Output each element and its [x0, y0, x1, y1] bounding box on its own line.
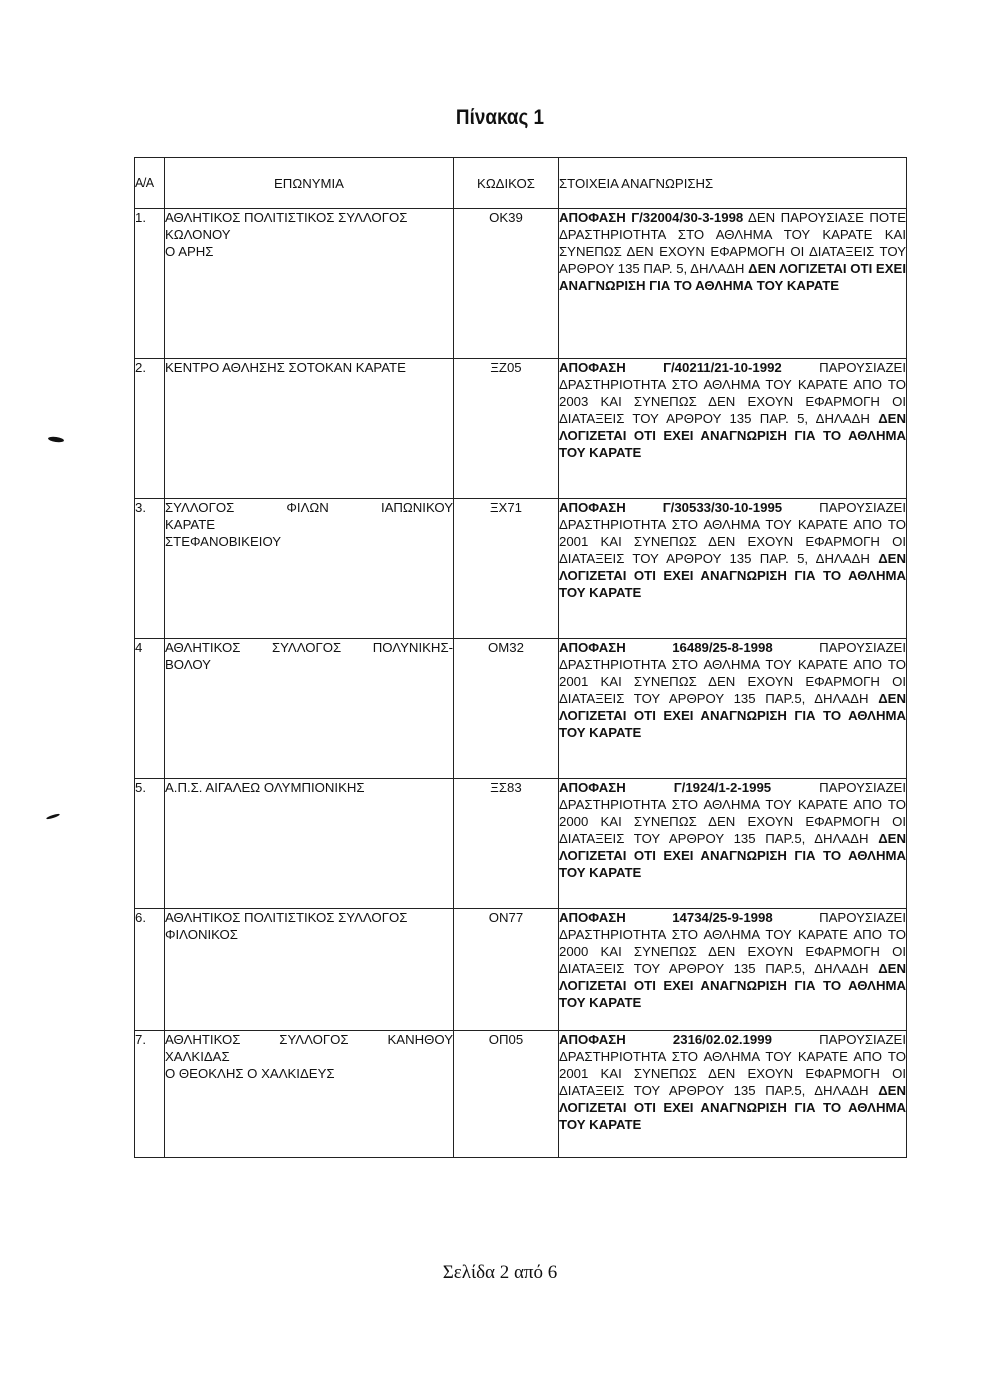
registry-table: Α/Α ΕΠΩΝΥΜΙΑ ΚΩΔΙΚΟΣ ΣΤΟΙΧΕΙΑ ΑΝΑΓΝΩΡΙΣΗ… [134, 157, 907, 1158]
row-number: 4 [135, 639, 165, 779]
recognition-details: ΑΠΟΦΑΣΗ 14734/25-9-1998 ΠΑΡΟΥΣΙΑΖΕΙ ΔΡΑΣ… [559, 909, 907, 1031]
table-row: 6.ΑΘΛΗΤΙΚΟΣ ΠΟΛΙΤΙΣΤΙΚΟΣ ΣΥΛΛΟΓΟΣΦΙΛΟΝΙΚ… [135, 909, 907, 1031]
scan-artifact [48, 436, 65, 443]
organization-name-line: Α.Π.Σ. ΑΙΓΑΛΕΩ ΟΛΥΜΠΙΟΝΙΚΗΣ [165, 779, 453, 796]
table-body: 1.ΑΘΛΗΤΙΚΟΣ ΠΟΛΙΤΙΣΤΙΚΟΣ ΣΥΛΛΟΓΟΣΚΩΛΟΝΟΥ… [135, 209, 907, 1158]
scan-artifact [46, 813, 60, 820]
decision-reference: ΑΠΟΦΑΣΗ Γ/30533/30-10-1995 [559, 500, 782, 515]
decision-reference: ΑΠΟΦΑΣΗ Γ/1924/1-2-1995 [559, 780, 771, 795]
organization-code: ΟΝ77 [454, 909, 559, 1031]
row-number: 5. [135, 779, 165, 909]
organization-name: ΑΘΛΗΤΙΚΟΣ ΣΥΛΛΟΓΟΣ ΠΟΛΥΝΙΚΗΣ-ΒΟΛΟΥ [165, 639, 454, 779]
page-number: Σελίδα 2 από 6 [0, 1262, 1000, 1284]
decision-reference: ΑΠΟΦΑΣΗ Γ/40211/21-10-1992 [559, 360, 782, 375]
organization-code: ΞΣ83 [454, 779, 559, 909]
organization-code: ΟΚ39 [454, 209, 559, 359]
recognition-details: ΑΠΟΦΑΣΗ Γ/30533/30-10-1995 ΠΑΡΟΥΣΙΑΖΕΙ Δ… [559, 499, 907, 639]
header-name: ΕΠΩΝΥΜΙΑ [165, 158, 454, 209]
table-row: 3.ΣΥΛΛΟΓΟΣ ΦΙΛΩΝ ΙΑΠΩΝΙΚΟΥΚΑΡΑΤΕΣΤΕΦΑΝΟΒ… [135, 499, 907, 639]
organization-name-line: Ο ΘΕΟΚΛΗΣ Ο ΧΑΛΚΙΔΕΥΣ [165, 1065, 453, 1082]
organization-name-line: ΑΘΛΗΤΙΚΟΣ ΠΟΛΙΤΙΣΤΙΚΟΣ ΣΥΛΛΟΓΟΣ [165, 909, 453, 926]
header-row: Α/Α ΕΠΩΝΥΜΙΑ ΚΩΔΙΚΟΣ ΣΤΟΙΧΕΙΑ ΑΝΑΓΝΩΡΙΣΗ… [135, 158, 907, 209]
organization-code: ΟΜ32 [454, 639, 559, 779]
decision-reference: ΑΠΟΦΑΣΗ 14734/25-9-1998 [559, 910, 773, 925]
organization-name: ΑΘΛΗΤΙΚΟΣ ΠΟΛΙΤΙΣΤΙΚΟΣ ΣΥΛΛΟΓΟΣΦΙΛΟΝΙΚΟΣ [165, 909, 454, 1031]
decision-reference: ΑΠΟΦΑΣΗ Γ/32004/30-3-1998 [559, 210, 743, 225]
row-number: 7. [135, 1031, 165, 1158]
recognition-details: ΑΠΟΦΑΣΗ Γ/1924/1-2-1995 ΠΑΡΟΥΣΙΑΖΕΙ ΔΡΑΣ… [559, 779, 907, 909]
row-number: 1. [135, 209, 165, 359]
organization-name-line: ΑΘΛΗΤΙΚΟΣ ΠΟΛΙΤΙΣΤΙΚΟΣ ΣΥΛΛΟΓΟΣ [165, 209, 453, 226]
organization-name-line: ΚΩΛΟΝΟΥ [165, 226, 453, 243]
row-number: 6. [135, 909, 165, 1031]
recognition-details: ΑΠΟΦΑΣΗ Γ/40211/21-10-1992 ΠΑΡΟΥΣΙΑΖΕΙ Δ… [559, 359, 907, 499]
row-number: 3. [135, 499, 165, 639]
header-code: ΚΩΔΙΚΟΣ [454, 158, 559, 209]
organization-name-line: ΦΙΛΟΝΙΚΟΣ [165, 926, 453, 943]
organization-code: ΟΠ05 [454, 1031, 559, 1158]
header-info: ΣΤΟΙΧΕΙΑ ΑΝΑΓΝΩΡΙΣΗΣ [559, 158, 907, 209]
table-row: 7.ΑΘΛΗΤΙΚΟΣ ΣΥΛΛΟΓΟΣ ΚΑΝΗΘΟΥΧΑΛΚΙΔΑΣΟ ΘΕ… [135, 1031, 907, 1158]
organization-name: ΑΘΛΗΤΙΚΟΣ ΠΟΛΙΤΙΣΤΙΚΟΣ ΣΥΛΛΟΓΟΣΚΩΛΟΝΟΥΟ … [165, 209, 454, 359]
organization-name-line: Ο ΑΡΗΣ [165, 243, 453, 260]
organization-name-line: ΑΘΛΗΤΙΚΟΣ ΣΥΛΛΟΓΟΣ ΠΟΛΥΝΙΚΗΣ- [165, 639, 453, 656]
recognition-details: ΑΠΟΦΑΣΗ 2316/02.02.1999 ΠΑΡΟΥΣΙΑΖΕΙ ΔΡΑΣ… [559, 1031, 907, 1158]
table-row: 1.ΑΘΛΗΤΙΚΟΣ ΠΟΛΙΤΙΣΤΙΚΟΣ ΣΥΛΛΟΓΟΣΚΩΛΟΝΟΥ… [135, 209, 907, 359]
decision-reference: ΑΠΟΦΑΣΗ 2316/02.02.1999 [559, 1032, 772, 1047]
decision-reference: ΑΠΟΦΑΣΗ 16489/25-8-1998 [559, 640, 773, 655]
organization-code: ΞΖ05 [454, 359, 559, 499]
organization-name-line: ΣΤΕΦΑΝΟΒΙΚΕΙΟΥ [165, 533, 453, 550]
organization-code: ΞΧ71 [454, 499, 559, 639]
table-row: 2.ΚΕΝΤΡΟ ΑΘΛΗΣΗΣ ΣΟΤΟΚΑΝ ΚΑΡΑΤΕΞΖ05ΑΠΟΦΑ… [135, 359, 907, 499]
header-aa: Α/Α [135, 158, 165, 209]
organization-name-line: ΧΑΛΚΙΔΑΣ [165, 1048, 453, 1065]
recognition-details: ΑΠΟΦΑΣΗ 16489/25-8-1998 ΠΑΡΟΥΣΙΑΖΕΙ ΔΡΑΣ… [559, 639, 907, 779]
organization-name: ΑΘΛΗΤΙΚΟΣ ΣΥΛΛΟΓΟΣ ΚΑΝΗΘΟΥΧΑΛΚΙΔΑΣΟ ΘΕΟΚ… [165, 1031, 454, 1158]
organization-name-line: ΒΟΛΟΥ [165, 656, 453, 673]
organization-name: ΚΕΝΤΡΟ ΑΘΛΗΣΗΣ ΣΟΤΟΚΑΝ ΚΑΡΑΤΕ [165, 359, 454, 499]
table-row: 4ΑΘΛΗΤΙΚΟΣ ΣΥΛΛΟΓΟΣ ΠΟΛΥΝΙΚΗΣ-ΒΟΛΟΥΟΜ32Α… [135, 639, 907, 779]
table-title: Πίνακας 1 [50, 106, 950, 130]
recognition-details: ΑΠΟΦΑΣΗ Γ/32004/30-3-1998 ΔΕΝ ΠΑΡΟΥΣΙΑΣΕ… [559, 209, 907, 359]
organization-name-line: ΑΘΛΗΤΙΚΟΣ ΣΥΛΛΟΓΟΣ ΚΑΝΗΘΟΥ [165, 1031, 453, 1048]
organization-name-line: ΣΥΛΛΟΓΟΣ ΦΙΛΩΝ ΙΑΠΩΝΙΚΟΥ [165, 499, 453, 516]
row-number: 2. [135, 359, 165, 499]
organization-name-line: ΚΕΝΤΡΟ ΑΘΛΗΣΗΣ ΣΟΤΟΚΑΝ ΚΑΡΑΤΕ [165, 359, 453, 376]
organization-name: Α.Π.Σ. ΑΙΓΑΛΕΩ ΟΛΥΜΠΙΟΝΙΚΗΣ [165, 779, 454, 909]
organization-name-line: ΚΑΡΑΤΕ [165, 516, 453, 533]
table-row: 5.Α.Π.Σ. ΑΙΓΑΛΕΩ ΟΛΥΜΠΙΟΝΙΚΗΣΞΣ83ΑΠΟΦΑΣΗ… [135, 779, 907, 909]
organization-name: ΣΥΛΛΟΓΟΣ ΦΙΛΩΝ ΙΑΠΩΝΙΚΟΥΚΑΡΑΤΕΣΤΕΦΑΝΟΒΙΚ… [165, 499, 454, 639]
